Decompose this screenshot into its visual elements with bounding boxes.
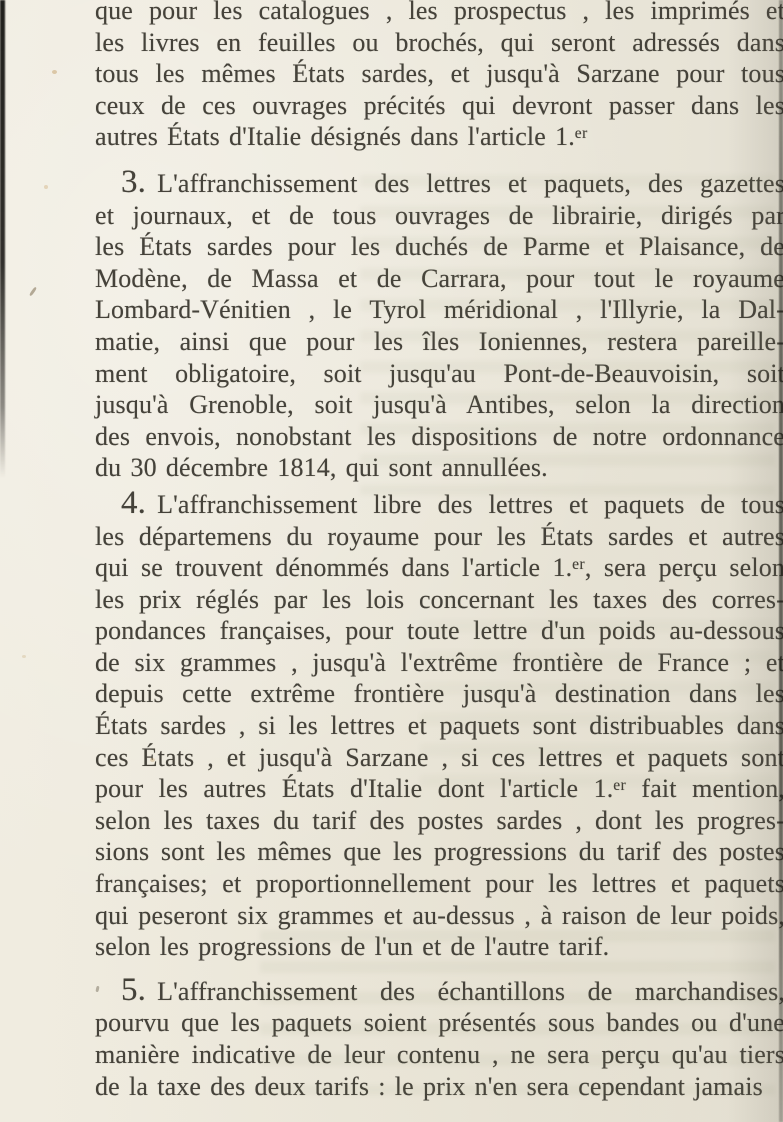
paper-stain <box>22 655 26 658</box>
text-line: autres États d'Italie désignés dans l'ar… <box>95 121 783 153</box>
text-line: ceux de ces ouvrages précités qui devron… <box>95 90 783 122</box>
text-line: matie, ainsi que pour les îles Ioniennes… <box>95 326 783 358</box>
paragraph-number: 5. <box>121 972 146 1008</box>
text-line: jusqu'à Grenoble, soit jusqu'à Antibes, … <box>95 389 783 421</box>
text-line: selon les progressions de l'un et de l'a… <box>95 931 783 963</box>
text-line: Lombard-Vénitien , le Tyrol méridional ,… <box>95 294 783 326</box>
text-line: Modène, de Massa et de Carrara, pour tou… <box>95 263 783 295</box>
text-line: pourvu que les paquets soient présentés … <box>95 1007 783 1039</box>
text-line: que pour les catalogues , les prospectus… <box>95 0 783 27</box>
paper-stain <box>52 70 57 74</box>
text-line: 4.L'affranchissement libre des lettres e… <box>95 488 783 521</box>
text-line: 5.L'affranchissement des échantillons de… <box>95 975 783 1008</box>
text-line: et journaux, et de tous ouvrages de libr… <box>95 200 783 232</box>
text-line: françaises; et proportionnellement pour … <box>95 868 783 900</box>
text-line: les États sardes pour les duchés de Parm… <box>95 231 783 263</box>
text-line: qui se trouvent dénommés dans l'article … <box>95 552 783 584</box>
paragraph-number: 3. <box>121 164 146 200</box>
text-line: depuis cette extrême frontière jusqu'à d… <box>95 678 783 710</box>
paragraph: 3.L'affranchissement des lettres et paqu… <box>95 167 783 484</box>
text-line: les livres en feuilles ou brochés, qui s… <box>95 27 783 59</box>
text-line: du 30 décembre 1814, qui sont annullées. <box>95 452 783 484</box>
scan-edge-left <box>0 0 5 478</box>
text-line: pondances françaises, pour toute lettre … <box>95 615 783 647</box>
text-line-content: L'affranchissement des échantillons de m… <box>157 977 783 1006</box>
paragraph: 5.L'affranchissement des échantillons de… <box>95 975 783 1102</box>
paper-stain <box>29 287 37 297</box>
text-line: des envois, nonobstant les dispositions … <box>95 421 783 453</box>
text-line: qui peseront six grammes et au-dessus , … <box>95 900 783 932</box>
text-line: ment obligatoire, soit jusqu'au Pont-de-… <box>95 358 783 390</box>
text-line: de la taxe des deux tarifs : le prix n'e… <box>95 1071 783 1103</box>
text-line: sions sont les mêmes que les progression… <box>95 836 783 868</box>
text-line: les prix réglés par les lois concernant … <box>95 584 783 616</box>
text-line: 3.L'affranchissement des lettres et paqu… <box>95 167 783 200</box>
paragraph: 4.L'affranchissement libre des lettres e… <box>95 488 783 963</box>
document-page: que pour les catalogues , les prospectus… <box>0 0 783 1122</box>
paragraph-number: 4. <box>121 485 146 521</box>
text-line: les départemens du royaume pour les État… <box>95 521 783 553</box>
text-line: selon les taxes du tarif des postes sard… <box>95 805 783 837</box>
text-line-content: L'affranchissement libre des lettres et … <box>157 490 783 519</box>
text-line-content: L'affranchissement des lettres et paquet… <box>157 169 783 198</box>
paragraph: que pour les catalogues , les prospectus… <box>95 0 783 153</box>
text-column: que pour les catalogues , les prospectus… <box>95 0 783 1102</box>
paper-stain <box>44 185 48 189</box>
text-line: États sardes , si les lettres et paquets… <box>95 710 783 742</box>
scan-edge-right <box>779 0 783 1122</box>
text-line: ces États , et jusqu'à Sarzane , si ces … <box>95 742 783 774</box>
text-line: manière indicative de leur contenu , ne … <box>95 1039 783 1071</box>
text-line: de six grammes , jusqu'à l'extrême front… <box>95 647 783 679</box>
text-line: pour les autres États d'Italie dont l'ar… <box>95 773 783 805</box>
text-line: tous les mêmes États sardes, et jusqu'à … <box>95 58 783 90</box>
